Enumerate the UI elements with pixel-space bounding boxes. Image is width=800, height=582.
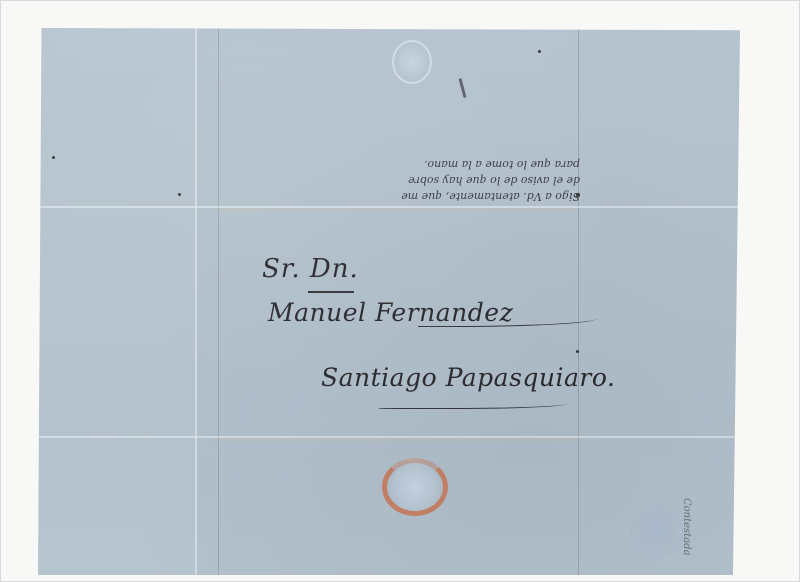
- ink-speck: [576, 193, 580, 197]
- endorsement-line-3: para que lo tome a la mano.: [260, 156, 580, 172]
- endorsement-line-1: Sigo a Vd. atentamente, que me: [260, 188, 580, 204]
- pen-mark: [458, 78, 466, 98]
- endorsement-text: Sigo a Vd. atentamente, que me de el avi…: [260, 156, 580, 204]
- wax-seal-icon: [382, 458, 448, 516]
- ink-speck: [178, 193, 181, 196]
- destination-underline: [378, 400, 568, 409]
- ink-speck: [538, 50, 541, 53]
- embossed-seal-bottom-icon: [630, 508, 684, 556]
- salutation-underline: [308, 291, 354, 293]
- fold-stain-bottom: [218, 438, 578, 441]
- margin-docket-note: Contestada: [681, 498, 692, 556]
- ink-speck: [52, 156, 55, 159]
- fold-stain-top: [218, 209, 578, 212]
- ink-speck: [576, 350, 579, 353]
- address-salutation: Sr. Dn.: [262, 254, 359, 284]
- endorsement-line-2: de el aviso de lo que hay sobre: [260, 172, 580, 188]
- panel-edge-right: [578, 28, 579, 575]
- fold-line-vertical-left: [195, 28, 197, 575]
- name-flourish: [418, 316, 598, 327]
- fold-line-horizontal-top: [38, 206, 740, 208]
- panel-edge-left: [218, 28, 219, 575]
- letter-sheet: Sigo a Vd. atentamente, que me de el avi…: [38, 28, 740, 575]
- left-panel: [38, 28, 195, 575]
- address-destination: Santiago Papasquiaro.: [321, 363, 615, 392]
- embossed-seal-icon: [392, 40, 432, 84]
